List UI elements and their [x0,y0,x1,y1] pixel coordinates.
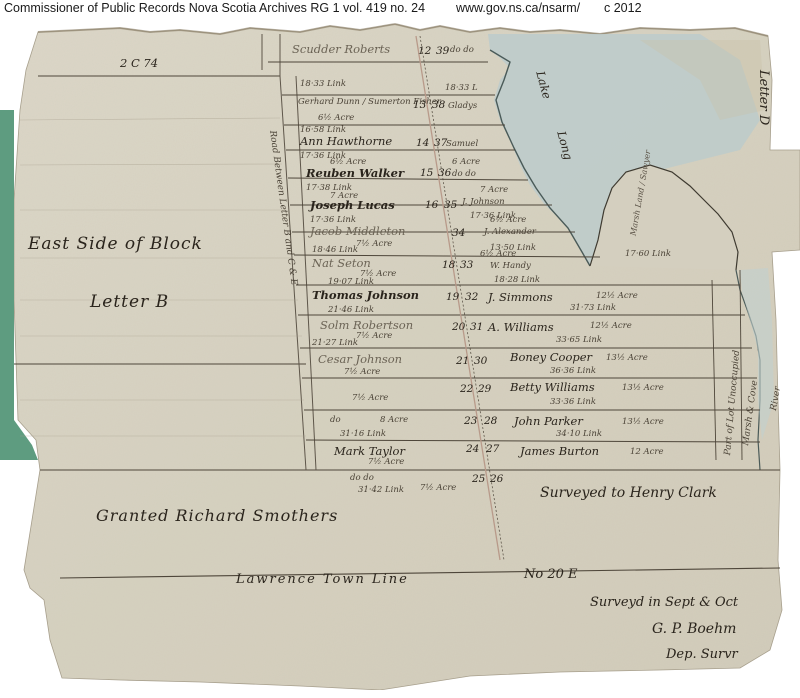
lot-number: 18 [442,260,455,271]
signature-line1: Surveyd in Sept & Oct [590,596,738,609]
lot-name: Thomas Johnson [312,290,419,302]
lot-name: Jacob Middleton [310,226,405,238]
lot-name: Ann Hawthorne [300,136,392,148]
lot-name: do [330,416,341,425]
lot-area: 7½ Acre [352,394,388,403]
lot-name: Nat Seton [312,258,371,270]
lot-name: Boney Cooper [510,352,592,364]
lot-area: 7½ Acre [344,368,380,377]
lot-number-right: 31 [470,322,483,333]
lot-number-right: 39 [436,46,449,57]
block-title-line1: East Side of Block [28,236,203,253]
lot-area: 12½ Acre [590,322,632,331]
lot-number-right: 28 [484,416,497,427]
lot-area: 12½ Acre [596,292,638,301]
lot-number-right: 30 [474,356,487,367]
lot-chain: 18·28 Link [494,276,540,285]
lot-name: Mark Taylor [334,446,405,458]
lot-name: Gladys [448,102,477,111]
lot-area: 13½ Acre [622,384,664,393]
lot-name: do do [350,474,374,483]
surveyor-label: Surveyed to Henry Clark [540,486,717,500]
lot-name: Solm Robertson [320,320,413,332]
block-title-line2: Letter B [90,294,169,311]
top-block-label: 2 C 74 [120,58,158,70]
lot-name: James Burton [520,446,599,458]
lot-number-right: 32 [465,292,478,303]
lot-number: 15 [420,168,433,179]
lot-name: J. Simmons [488,292,553,304]
lot-number: 14 [416,138,429,149]
peninsula-chain: 17·60 Link [625,250,671,259]
lot-number: 20 [452,322,465,333]
lot-chain: 34·10 Link [556,430,602,439]
lot-name: Samuel [446,140,478,149]
lot-number-right: 33 [460,260,473,271]
lot-chain: 36·36 Link [550,367,596,376]
lot-chain: 21·27 Link [312,339,358,348]
lot-name: do do [452,170,476,179]
lot-number: 12 [418,46,431,57]
lot-area: 13½ Acre [622,418,664,427]
lot-number: 13 [413,100,426,111]
lot-chain: 31·42 Link [358,486,404,495]
lot-name: Reuben Walker [306,168,404,180]
lot-chain: 31·73 Link [570,304,616,313]
lot-chain: 21·46 Link [328,306,374,315]
lot-number-right: 27 [486,444,499,455]
lot-area: 6½ Acre [318,114,354,123]
letter-d-label: Letter D [757,70,770,125]
document-number: No 20 E [524,568,578,581]
granted-label: Granted Richard Smothers [96,508,338,524]
lot-area: 7½ Acre [420,484,456,493]
lot-area: 7½ Acre [356,332,392,341]
lot-area: 12 Acre [630,448,664,457]
town-line-label: Lawrence Town Line [236,573,409,586]
lot-name: Joseph Lucas [310,200,395,212]
lot-number: 25 [472,474,485,485]
lot-number-right: 35 [444,200,457,211]
lot-name: J. Alexander [484,228,536,237]
lot-area: 6 Acre [452,158,480,167]
lot-area: 7 Acre [480,186,508,195]
lot-number: 22 [460,384,473,395]
lot-area: 13½ Acre [606,354,648,363]
lot-chain: 33·65 Link [556,336,602,345]
lot-number: 16 [425,200,438,211]
lot-number-right: 36 [438,168,451,179]
signature-line2: G. P. Boehm [652,622,736,636]
lot-number: 21 [456,356,469,367]
lot-name: John Parker [514,416,583,428]
lot-area: 6½ Acre [490,216,526,225]
lot-chain: 31·16 Link [340,430,386,439]
lot-chain: 19·07 Link [328,278,374,287]
lot-name: A. Williams [488,322,554,334]
lot-name: Cesar Johnson [318,354,402,366]
lot-chain: 18·46 Link [312,246,358,255]
lot-name: J. Johnson [462,198,505,207]
lot-number-right: 38 [432,100,445,111]
lot-area: 7½ Acre [356,240,392,249]
lot-area: 8 Acre [380,416,408,425]
lot-number: 19 [446,292,459,303]
lot-chain: 33·36 Link [550,398,596,407]
lot-area: 6½ Acre [480,250,516,259]
lot-number: 23 [464,416,477,427]
lot-name: do do [450,46,474,55]
lot-name: Betty Williams [510,382,595,394]
signature-line3: Dep. Survr [666,648,738,661]
lot-number-right: 26 [490,474,503,485]
lot-chain: 18·33 L [445,84,478,93]
lot-number: 24 [466,444,479,455]
lot-area: 7½ Acre [368,458,404,467]
lot-number-right: 34 [452,228,465,239]
lot-number-right: 29 [478,384,491,395]
lot-name: Scudder Roberts [292,44,390,56]
lot-chain: 18·33 Link [300,80,346,89]
lot-name: W. Handy [490,262,531,271]
